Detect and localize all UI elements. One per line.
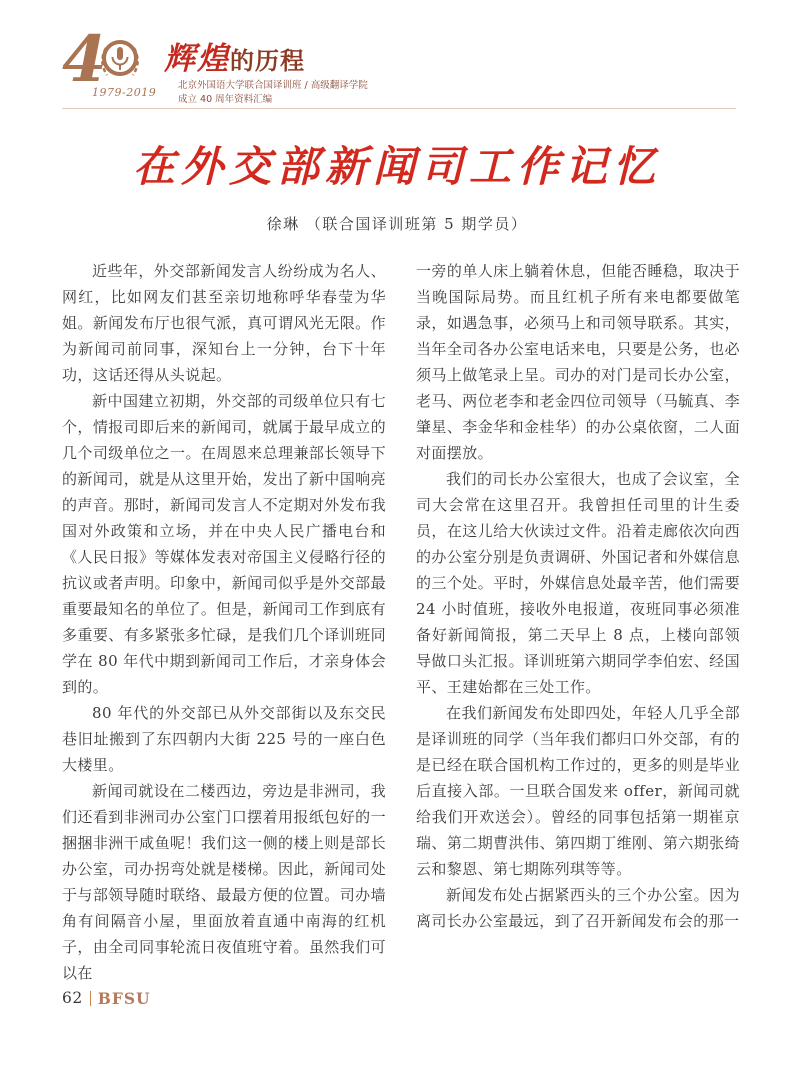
anniversary-logo: 4 1979-2019 辉煌的历程: [62, 34, 736, 107]
article-title: 在外交部新闻司工作记忆: [0, 140, 794, 195]
right-column: 一旁的单人床上躺着休息，但能否睡稳，取决于当晚国际局势。而且红机子所有来电都要做…: [416, 258, 740, 986]
logo-40-mark: 4 1979-2019: [62, 34, 158, 104]
article-author: 徐琳 （联合国译训班第 5 期学员）: [0, 213, 794, 234]
logo-years: 1979-2019: [92, 86, 156, 99]
left-column: 近些年，外交部新闻发言人纷纷成为名人、网红，比如网友们甚至亲切地称呼华春莹为华姐…: [62, 258, 386, 986]
footer-brand: BFSU: [98, 991, 151, 1007]
footer-divider: [90, 991, 91, 1006]
page-number: 62: [62, 991, 83, 1007]
article-body: 近些年，外交部新闻发言人纷纷成为名人、网红，比如网友们甚至亲切地称呼华春莹为华姐…: [62, 258, 740, 986]
paragraph: 80 年代的外交部已从外交部街以及东交民巷旧址搬到了东四朝内大街 225 号的一…: [62, 700, 386, 778]
brand-calligraphy-text: 辉煌: [164, 41, 230, 77]
header-divider: [62, 108, 736, 109]
document-page: 4 1979-2019 辉煌的历程: [0, 0, 794, 1078]
page-footer: 62 BFSU: [62, 991, 151, 1007]
paragraph: 在我们新闻发布处即四处，年轻人几乎全部是译训班的同学（当年我们都归口外交部，有的…: [416, 700, 740, 882]
paragraph-continuation: 一旁的单人床上躺着休息，但能否睡稳，取决于当晚国际局势。而且红机子所有来电都要做…: [416, 258, 740, 466]
brand-title-block: 辉煌的历程 北京外国语大学联合国译训班 / 高级翻译学院 成立 40 周年资料汇…: [164, 34, 368, 107]
paragraph: 近些年，外交部新闻发言人纷纷成为名人、网红，比如网友们甚至亲切地称呼华春莹为华姐…: [62, 258, 386, 388]
brand-subtitle-line2: 成立 40 周年资料汇编: [178, 93, 368, 107]
un-laurel-microphone-icon: [96, 36, 144, 88]
paragraph: 我们的司长办公室很大，也成了会议室，全司大会常在这里召开。我曾担任司里的计生委员…: [416, 466, 740, 700]
brand-rest-text: 的历程: [230, 46, 305, 75]
brand-subtitle: 北京外国语大学联合国译训班 / 高级翻译学院 成立 40 周年资料汇编: [178, 79, 368, 107]
brand-title: 辉煌的历程: [164, 44, 368, 75]
paragraph: 新闻发布处占据紧西头的三个办公室。因为离司长办公室最远，到了召开新闻发布会的那一: [416, 882, 740, 934]
page-header: 4 1979-2019 辉煌的历程: [62, 34, 736, 110]
paragraph: 新中国建立初期，外交部的司级单位只有七个，情报司即后来的新闻司，就属于最早成立的…: [62, 388, 386, 700]
paragraph: 新闻司就设在二楼西边，旁边是非洲司，我们还看到非洲司办公室门口摆着用报纸包好的一…: [62, 778, 386, 986]
brand-subtitle-line1: 北京外国语大学联合国译训班 / 高级翻译学院: [178, 79, 368, 93]
